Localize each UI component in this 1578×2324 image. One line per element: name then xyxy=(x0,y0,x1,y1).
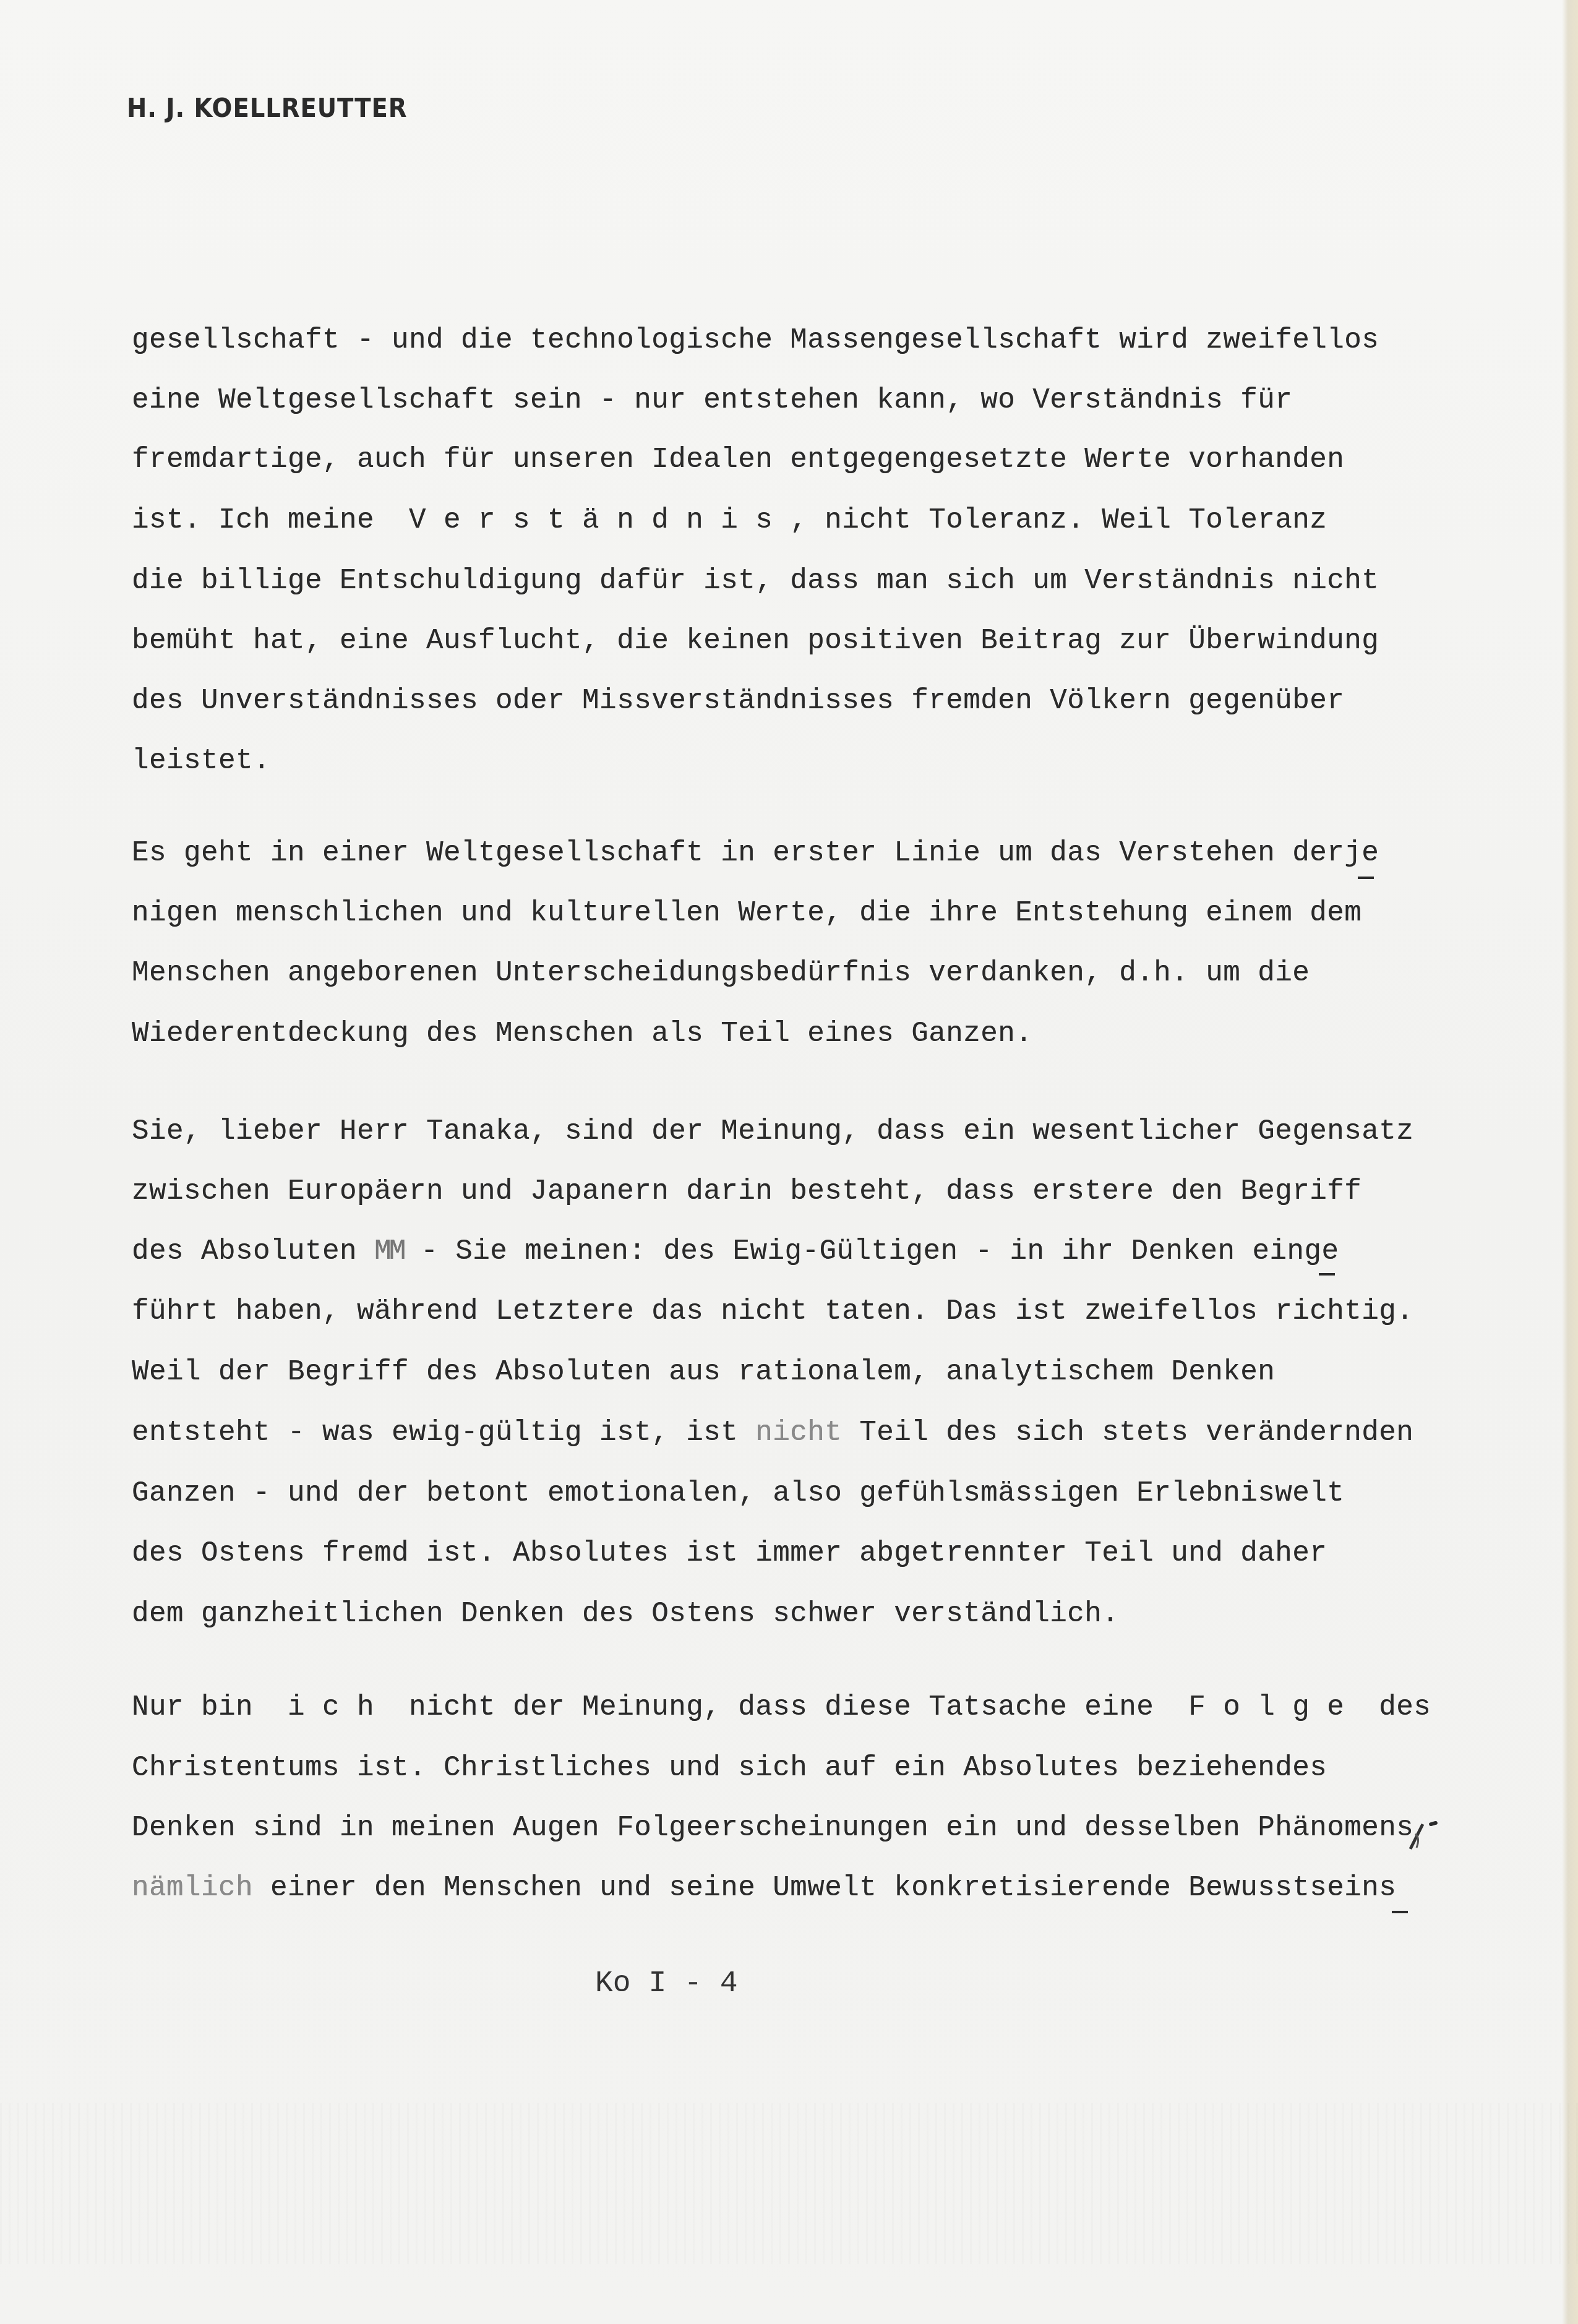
body-line: Wiederentdeckung des Menschen als Teil e… xyxy=(132,1019,1032,1048)
hyphen-underline-mark xyxy=(1358,877,1374,879)
body-line: Denken sind in meinen Augen Folgeerschei… xyxy=(132,1814,1413,1842)
body-line: Menschen angeborenen Unterscheidungsbedü… xyxy=(132,959,1310,987)
body-line-rest: einer den Menschen und seine Umwelt konk… xyxy=(270,1872,1396,1904)
body-line: entsteht - was ewig-gültig ist, ist nich… xyxy=(132,1418,1413,1447)
body-line: des Ostens fremd ist. Absolutes ist imme… xyxy=(132,1539,1327,1567)
body-line: nigen menschlichen und kulturellen Werte… xyxy=(132,899,1361,927)
body-line: fremdartige, auch für unseren Idealen en… xyxy=(132,445,1344,474)
handwritten-correction-mark-icon xyxy=(1404,1822,1429,1853)
body-line-start: des Absoluten xyxy=(132,1235,357,1267)
body-line: des Absoluten MM - Sie meinen: des Ewig-… xyxy=(132,1237,1339,1266)
body-line: leistet. xyxy=(132,747,270,775)
hyphen-underline-mark xyxy=(1392,1911,1408,1913)
body-line-rest: - Sie meinen: des Ewig-Gültigen - in ihr… xyxy=(403,1235,1339,1267)
body-line: bemüht hat, eine Ausflucht, die keinen p… xyxy=(132,627,1379,655)
letterhead: H. J. KOELLREUTTER xyxy=(127,93,408,123)
faded-word: nicht xyxy=(755,1417,842,1449)
page-code: Ko I - 4 xyxy=(595,1967,737,2000)
paper-texture xyxy=(0,2103,1578,2264)
body-line: des Unverständnisses oder Missverständni… xyxy=(132,687,1344,715)
body-line-start: entsteht - was ewig-gültig ist, ist xyxy=(132,1417,738,1449)
body-line: dem ganzheitlichen Denken des Ostens sch… xyxy=(132,1600,1119,1628)
body-line: Es geht in einer Weltgesellschaft in ers… xyxy=(132,839,1379,867)
body-line: eine Weltgesellschaft sein - nur entsteh… xyxy=(132,386,1292,414)
body-line: Weil der Begriff des Absoluten aus ratio… xyxy=(132,1358,1275,1386)
hyphen-underline-mark xyxy=(1319,1273,1335,1276)
body-line: Ganzen - und der betont emotionalen, als… xyxy=(132,1479,1344,1507)
body-line: gesellschaft - und die technologische Ma… xyxy=(132,326,1379,354)
body-line-rest: Teil des sich stets verändernden xyxy=(842,1417,1413,1449)
body-line: die billige Entschuldigung dafür ist, da… xyxy=(132,567,1379,595)
body-line: zwischen Europäern und Japanern darin be… xyxy=(132,1177,1361,1206)
body-line: Sie, lieber Herr Tanaka, sind der Meinun… xyxy=(132,1117,1413,1146)
body-line: nämlich einer den Menschen und seine Umw… xyxy=(132,1874,1396,1902)
body-line: ist. Ich meine V e r s t ä n d n i s , n… xyxy=(132,506,1327,534)
typed-correction-xout: MM xyxy=(374,1235,403,1267)
faded-word: nämlich xyxy=(132,1872,253,1904)
body-line: Nur bin i c h nicht der Meinung, dass di… xyxy=(132,1693,1431,1722)
body-line: Christentums ist. Christliches und sich … xyxy=(132,1754,1327,1782)
body-line: führt haben, während Letztere das nicht … xyxy=(132,1297,1413,1326)
